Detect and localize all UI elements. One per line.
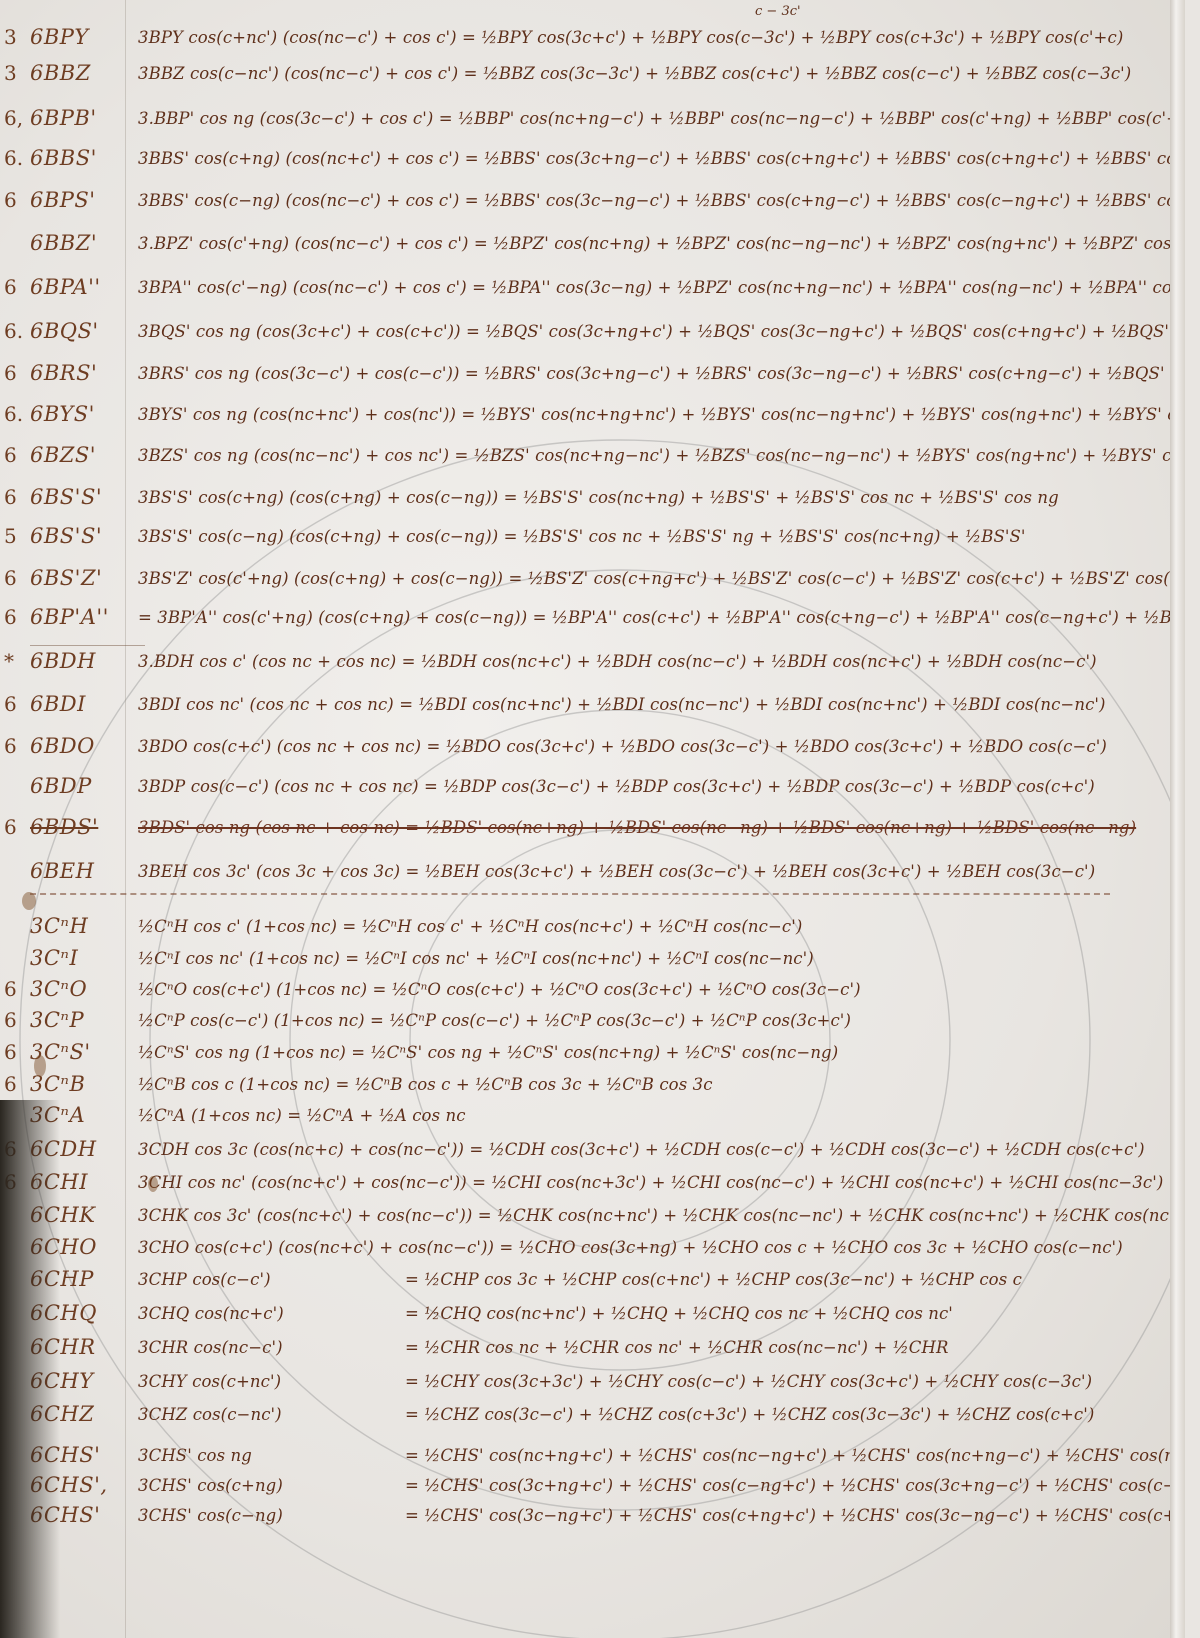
term-label: 6BEH — [30, 859, 125, 883]
equation-expression: 3BPY cos(c+nc') (cos(nc−c') + cos c') = … — [138, 28, 1123, 47]
equation-expression: 3BS'Z' cos(c'+ng) (cos(c+ng) + cos(c−ng)… — [138, 569, 1185, 588]
margin-count: 6 — [4, 188, 28, 212]
equation-expression: 3BDO cos(c+c') (cos nc + cos nc) = ½BDO … — [138, 737, 1107, 756]
margin-count: 3 — [4, 61, 28, 85]
margin-count: 6 — [4, 977, 28, 1001]
equation-expression: ½CⁿA (1+cos nc) = ½CⁿA + ½A cos nc — [138, 1106, 466, 1125]
term-label: 6BPA'' — [30, 275, 125, 299]
equation-expression: ½CⁿP cos(c−c') (1+cos nc) = ½CⁿP cos(c−c… — [138, 1011, 851, 1030]
margin-count: 6 — [4, 361, 28, 385]
equation-expression: 3CHI cos nc' (cos(nc+c') + cos(nc−c')) =… — [138, 1173, 1163, 1192]
margin-count: 6 — [4, 815, 28, 839]
equation-expression: 3.BBP' cos ng (cos(3c−c') + cos c') = ½B… — [138, 109, 1185, 128]
term-label: 6BBZ' — [30, 231, 125, 255]
margin-count: 5 — [4, 524, 28, 548]
equation-expression: 3CHS' cos(c−ng) — [138, 1506, 283, 1525]
term-label: 6BQS' — [30, 319, 125, 343]
equation-expression: 3BEH cos 3c' (cos 3c + cos 3c) = ½BEH co… — [138, 862, 1095, 881]
margin-count: 6 — [4, 692, 28, 716]
equation-expansion: = ½CHR cos nc + ½CHR cos nc' + ½CHR cos(… — [405, 1338, 949, 1357]
section-separator — [30, 645, 145, 646]
margin-count: 6. — [4, 319, 28, 343]
margin-count: 6 — [4, 485, 28, 509]
margin-count: 6 — [4, 275, 28, 299]
term-label: 6BZS' — [30, 443, 125, 467]
equation-expression: 3CDH cos 3c (cos(nc+c) + cos(nc−c')) = ½… — [138, 1140, 1145, 1159]
margin-count: 6 — [4, 443, 28, 467]
equation-expression: 3CHS' cos(c+ng) — [138, 1476, 283, 1495]
equation-expression: ½CⁿO cos(c+c') (1+cos nc) = ½CⁿO cos(c+c… — [138, 980, 861, 999]
equation-expression: 3BDP cos(c−c') (cos nc + cos nc) = ½BDP … — [138, 777, 1095, 796]
equation-expression: 3BBS' cos(c−ng) (cos(nc−c') + cos c') = … — [138, 191, 1185, 210]
term-label: 6BDI — [30, 692, 125, 716]
term-label: 6BDO — [30, 734, 125, 758]
term-label: 6BP'A'' — [30, 605, 125, 629]
equation-expression: 3CHS' cos ng — [138, 1446, 252, 1465]
equation-expression: 3BZS' cos ng (cos(nc−nc') + cos nc') = ½… — [138, 446, 1185, 465]
term-label: 3CⁿP — [30, 1008, 125, 1032]
term-label: 6BBZ — [30, 61, 125, 85]
margin-count: 6. — [4, 402, 28, 426]
page-edge — [1170, 0, 1185, 1638]
equation-expression: 3BBZ cos(c−nc') (cos(nc−c') + cos c') = … — [138, 64, 1131, 83]
equation-expansion: = ½CHZ cos(3c−c') + ½CHZ cos(c+3c') + ½C… — [405, 1405, 1094, 1424]
equation-expression: ½CⁿI cos nc' (1+cos nc) = ½CⁿI cos nc' +… — [138, 949, 814, 968]
term-label: 6BDH — [30, 649, 125, 673]
margin-count: 6 — [4, 1072, 28, 1096]
term-label: 6BBS' — [30, 146, 125, 170]
equation-expression: 3CHK cos 3c' (cos(nc+c') + cos(nc−c')) =… — [138, 1206, 1185, 1225]
term-label: 6BPB' — [30, 106, 125, 130]
term-label: 3CⁿO — [30, 977, 125, 1001]
ink-stain — [34, 1055, 46, 1077]
equation-expression: 3CHQ cos(nc+c') — [138, 1304, 284, 1323]
equation-expression: ½CⁿH cos c' (1+cos nc) = ½CⁿH cos c' + ½… — [138, 917, 802, 936]
equation-expansion: = ½CHS' cos(3c+ng+c') + ½CHS' cos(c−ng+c… — [405, 1476, 1185, 1495]
equation-expression: 3CHP cos(c−c') — [138, 1270, 271, 1289]
equation-expression: 3CHO cos(c+c') (cos(nc+c') + cos(nc−c'))… — [138, 1238, 1123, 1257]
term-label: 6BS'S' — [30, 524, 125, 548]
equation-expression: 3BS'S' cos(c+ng) (cos(c+ng) + cos(c−ng))… — [138, 488, 1059, 507]
equation-expression: 3BPA'' cos(c'−ng) (cos(nc−c') + cos c') … — [138, 278, 1185, 297]
ink-stain — [22, 892, 36, 910]
term-label: 6BYS' — [30, 402, 125, 426]
margin-rule — [125, 0, 126, 1638]
margin-count: 6. — [4, 146, 28, 170]
term-label: 3CⁿI — [30, 946, 125, 970]
ink-stain — [148, 1176, 158, 1192]
margin-count: 6, — [4, 106, 28, 130]
term-label: 6BDS' — [30, 815, 125, 839]
equation-expression: 3BDS' cos ng (cos nc + cos nc) = ½BDS' c… — [138, 818, 1136, 837]
equation-expression: 3BRS' cos ng (cos(3c−c') + cos(c−c')) = … — [138, 364, 1185, 383]
term-label: 6BPY — [30, 25, 125, 49]
equation-expansion: = ½CHY cos(3c+3c') + ½CHY cos(c−c') + ½C… — [405, 1372, 1092, 1391]
margin-count: 6 — [4, 1008, 28, 1032]
manuscript-page: c − 3c' 36BPY3BPY cos(c+nc') (cos(nc−c')… — [0, 0, 1185, 1638]
equation-expression: 3BBS' cos(c+ng) (cos(nc+c') + cos c') = … — [138, 149, 1185, 168]
equation-expression: 3BS'S' cos(c−ng) (cos(c+ng) + cos(c−ng))… — [138, 527, 1026, 546]
margin-count: 6 — [4, 566, 28, 590]
equation-expression: 3BQS' cos ng (cos(3c+c') + cos(c+c')) = … — [138, 322, 1185, 341]
equation-expression: 3CHY cos(c+nc') — [138, 1372, 281, 1391]
margin-count: 6 — [4, 1040, 28, 1064]
term-label: 6BS'S' — [30, 485, 125, 509]
term-label: 6BRS' — [30, 361, 125, 385]
term-label: 6BS'Z' — [30, 566, 125, 590]
margin-count: * — [4, 649, 28, 673]
equation-expansion: = ½CHP cos 3c + ½CHP cos(c+nc') + ½CHP c… — [405, 1270, 1022, 1289]
superscript-correction: c − 3c' — [755, 4, 801, 19]
margin-count: 6 — [4, 605, 28, 629]
equation-expression: 3.BPZ' cos(c'+ng) (cos(nc−c') + cos c') … — [138, 234, 1185, 253]
equation-expression: ½CⁿS' cos ng (1+cos nc) = ½CⁿS' cos ng +… — [138, 1043, 838, 1062]
equation-expansion: = ½CHQ cos(nc+nc') + ½CHQ + ½CHQ cos nc … — [405, 1304, 953, 1323]
margin-count: 6 — [4, 734, 28, 758]
equation-expansion: = ½CHS' cos(nc+ng+c') + ½CHS' cos(nc−ng+… — [405, 1446, 1185, 1465]
term-label: 6BDP — [30, 774, 125, 798]
equation-expression: = 3BP'A'' cos(c'+ng) (cos(c+ng) + cos(c−… — [138, 608, 1185, 627]
page-shadow — [0, 1100, 60, 1638]
equation-expansion: = ½CHS' cos(3c−ng+c') + ½CHS' cos(c+ng+c… — [405, 1506, 1185, 1525]
term-label: 6BPS' — [30, 188, 125, 212]
equation-expression: 3CHZ cos(c−nc') — [138, 1405, 282, 1424]
equation-expression: 3BDI cos nc' (cos nc + cos nc) = ½BDI co… — [138, 695, 1106, 714]
equation-expression: 3BYS' cos ng (cos(nc+nc') + cos(nc')) = … — [138, 405, 1185, 424]
term-label: 3CⁿH — [30, 914, 125, 938]
equation-expression: ½CⁿB cos c (1+cos nc) = ½CⁿB cos c + ½Cⁿ… — [138, 1075, 713, 1094]
term-label: 3CⁿB — [30, 1072, 125, 1096]
margin-count: 3 — [4, 25, 28, 49]
dashed-separator — [30, 893, 1110, 895]
equation-expression: 3CHR cos(nc−c') — [138, 1338, 283, 1357]
equation-expression: 3.BDH cos c' (cos nc + cos nc) = ½BDH co… — [138, 652, 1097, 671]
